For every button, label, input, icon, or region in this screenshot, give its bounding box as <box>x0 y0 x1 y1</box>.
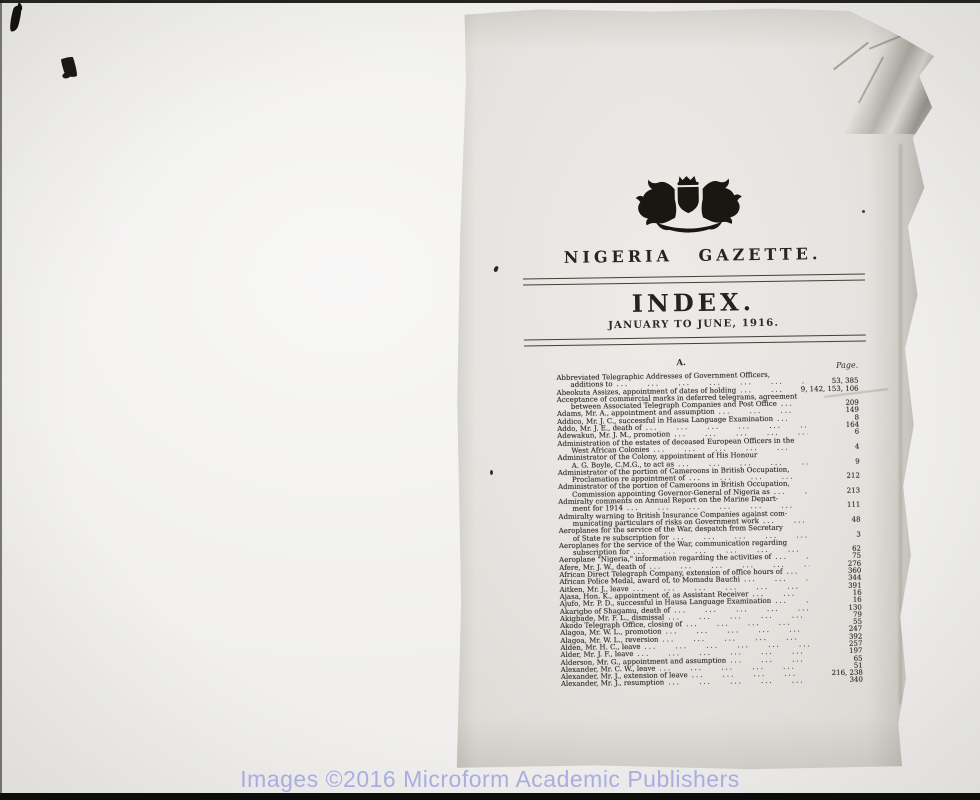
dot-leaders: ... ... ... ... ... ... ... ... <box>777 415 807 422</box>
film-blemish-icon <box>8 4 23 32</box>
dot-leaders: ... ... ... ... ... ... ... ... <box>781 401 807 408</box>
double-rule <box>523 273 865 285</box>
film-edge-top <box>0 0 980 3</box>
entry-text: Alexander, Mr. J., resumption <box>561 680 664 689</box>
publication-title: NIGERIA GAZETTE. <box>451 242 935 268</box>
film-edge-left <box>0 0 2 800</box>
entry-page-numbers: 3 <box>813 531 861 539</box>
section-letter: A. <box>556 356 806 370</box>
entry-page-numbers: 111 <box>812 502 860 510</box>
entry-page-numbers: 9, 142, 153, 106 <box>801 385 859 393</box>
royal-coat-of-arms-icon <box>627 172 750 234</box>
film-blemish-icon <box>60 56 79 80</box>
entry-page-numbers: 4 <box>811 444 859 452</box>
entry-page-numbers: 6 <box>811 429 859 437</box>
entry-page-numbers: 9 <box>812 458 860 466</box>
dot-leaders: ... ... ... ... ... ... ... ... <box>668 678 811 687</box>
watermark: Images ©2016 Microform Academic Publishe… <box>0 766 980 793</box>
index-entry-row: Alexander, Mr. J., resumption... ... ...… <box>561 677 863 689</box>
microform-scan-viewport: { "scan": { "watermark_text": "Images ©2… <box>0 0 980 800</box>
scanned-page: NIGERIA GAZETTE. INDEX. JANUARY TO JUNE,… <box>452 4 936 770</box>
dot-leaders: ... ... ... ... ... ... ... ... <box>774 488 808 496</box>
printed-content: NIGERIA GAZETTE. INDEX. JANUARY TO JUNE,… <box>447 0 942 773</box>
index-entry-list: Abbreviated Telegraphic Addresses of Gov… <box>556 371 863 689</box>
entry-page-numbers: 340 <box>815 677 863 685</box>
dot-leaders: ... ... ... ... ... ... ... ... <box>787 568 810 575</box>
double-rule <box>524 334 866 346</box>
index-title: INDEX. <box>451 284 935 320</box>
page-column-label: Page. <box>806 361 858 371</box>
film-edge-bottom <box>0 793 980 800</box>
entry-page-numbers: 48 <box>813 516 861 524</box>
entry-page-numbers: 213 <box>812 487 860 495</box>
entry-page-numbers: 212 <box>812 473 860 481</box>
